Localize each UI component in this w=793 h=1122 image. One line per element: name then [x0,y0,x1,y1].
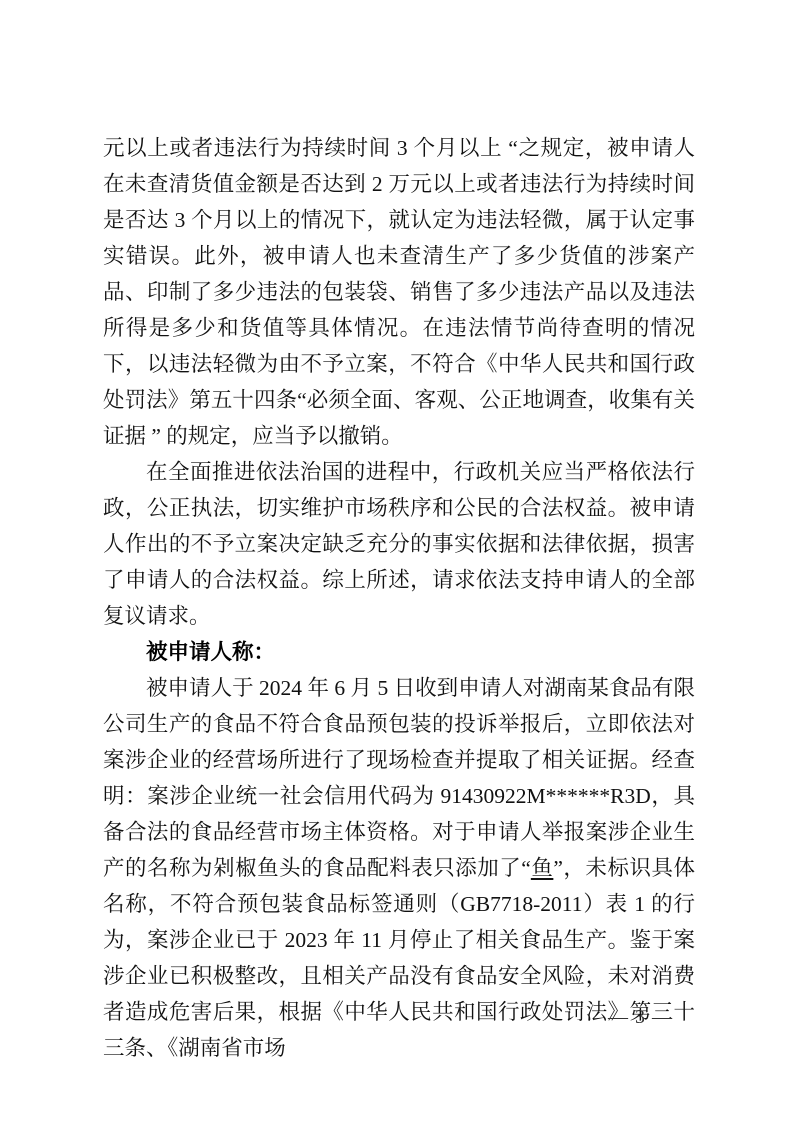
paragraph-conclusion-request: 在全面推进依法治国的进程中，行政机关应当严格依法行政，公正执法，切实维护市场秩序… [103,454,695,634]
document-page: 元以上或者违法行为持续时间 3 个月以上 “之规定，被申请人在未查清货值金额是否… [0,0,793,1122]
underlined-fish-character: 鱼 [531,856,554,880]
paragraph-respondent-reply: 被申请人于 2024 年 6 月 5 日收到申请人对湖南某食品有限公司生产的食品… [103,670,695,1066]
respondent-reply-text-after-fish: ”，未标识具体名称，不符合预包装食品标签通则（GB7718-2011）表 1 的… [103,856,695,1060]
document-body: 元以上或者违法行为持续时间 3 个月以上 “之规定，被申请人在未查清货值金额是否… [103,130,695,1066]
paragraph-legal-argument-continuation: 元以上或者违法行为持续时间 3 个月以上 “之规定，被申请人在未查清货值金额是否… [103,130,695,454]
page-number: — 3 — [608,1006,673,1029]
section-heading-respondent-statement: 被申请人称： [103,634,695,670]
respondent-reply-text-before-fish: 被申请人于 2024 年 6 月 5 日收到申请人对湖南某食品有限公司生产的食品… [103,676,695,880]
